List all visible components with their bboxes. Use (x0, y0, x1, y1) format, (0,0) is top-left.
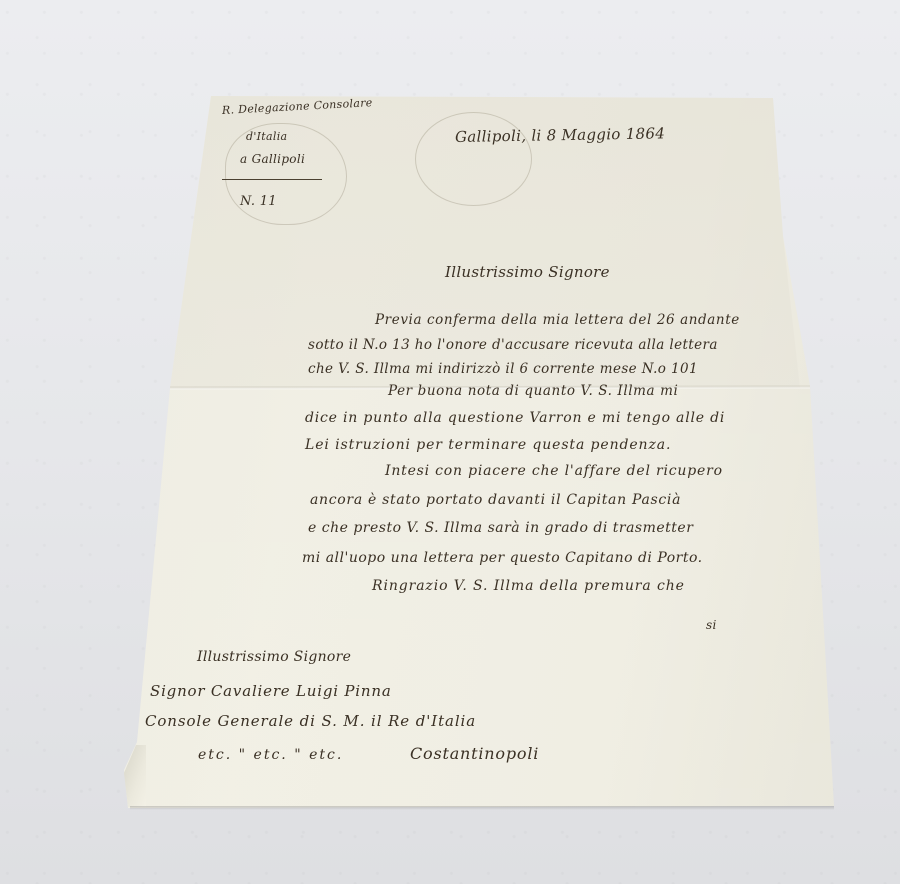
letterhead-line-2: d'Italia (246, 130, 287, 143)
body-line: e che presto V. S. Illma sarà in grado d… (308, 520, 693, 536)
body-line: Lei istruzioni per terminare questa pend… (305, 437, 671, 453)
body-line: sotto il N.o 13 ho l'onore d'accusare ri… (308, 337, 718, 353)
letterhead-reference-number: N. 11 (240, 194, 277, 209)
body-line: Intesi con piacere che l'affare del ricu… (385, 463, 723, 479)
body-line: che V. S. Illma mi indirizzò il 6 corren… (308, 361, 698, 377)
addressee-title: Console Generale di S. M. il Re d'Italia (145, 712, 476, 730)
salutation: Illustrissimo Signore (445, 263, 610, 281)
addressee-name: Signor Cavaliere Luigi Pinna (150, 682, 392, 700)
continuation-catchword: si (706, 618, 717, 632)
body-line: Previa conferma della mia lettera del 26… (375, 312, 740, 328)
addressee-city: Costantinopoli (410, 744, 539, 763)
body-line: ancora è stato portato davanti il Capita… (310, 492, 681, 508)
body-line: Ringrazio V. S. Illma della premura che (372, 578, 685, 594)
body-line: mi all'uopo una lettera per questo Capit… (302, 550, 703, 566)
dateline: Gallipoli, li 8 Maggio 1864 (455, 124, 665, 146)
body-line: Per buona nota di quanto V. S. Illma mi (388, 383, 678, 399)
letterhead-rule (222, 179, 322, 180)
sheet-shadow (130, 806, 834, 810)
body-line: dice in punto alla questione Varron e mi… (305, 410, 725, 426)
addressee-salutation: Illustrissimo Signore (197, 649, 351, 665)
addressee-etc: etc. " etc. " etc. (198, 747, 343, 763)
letterhead-line-3: a Gallipoli (240, 152, 305, 166)
